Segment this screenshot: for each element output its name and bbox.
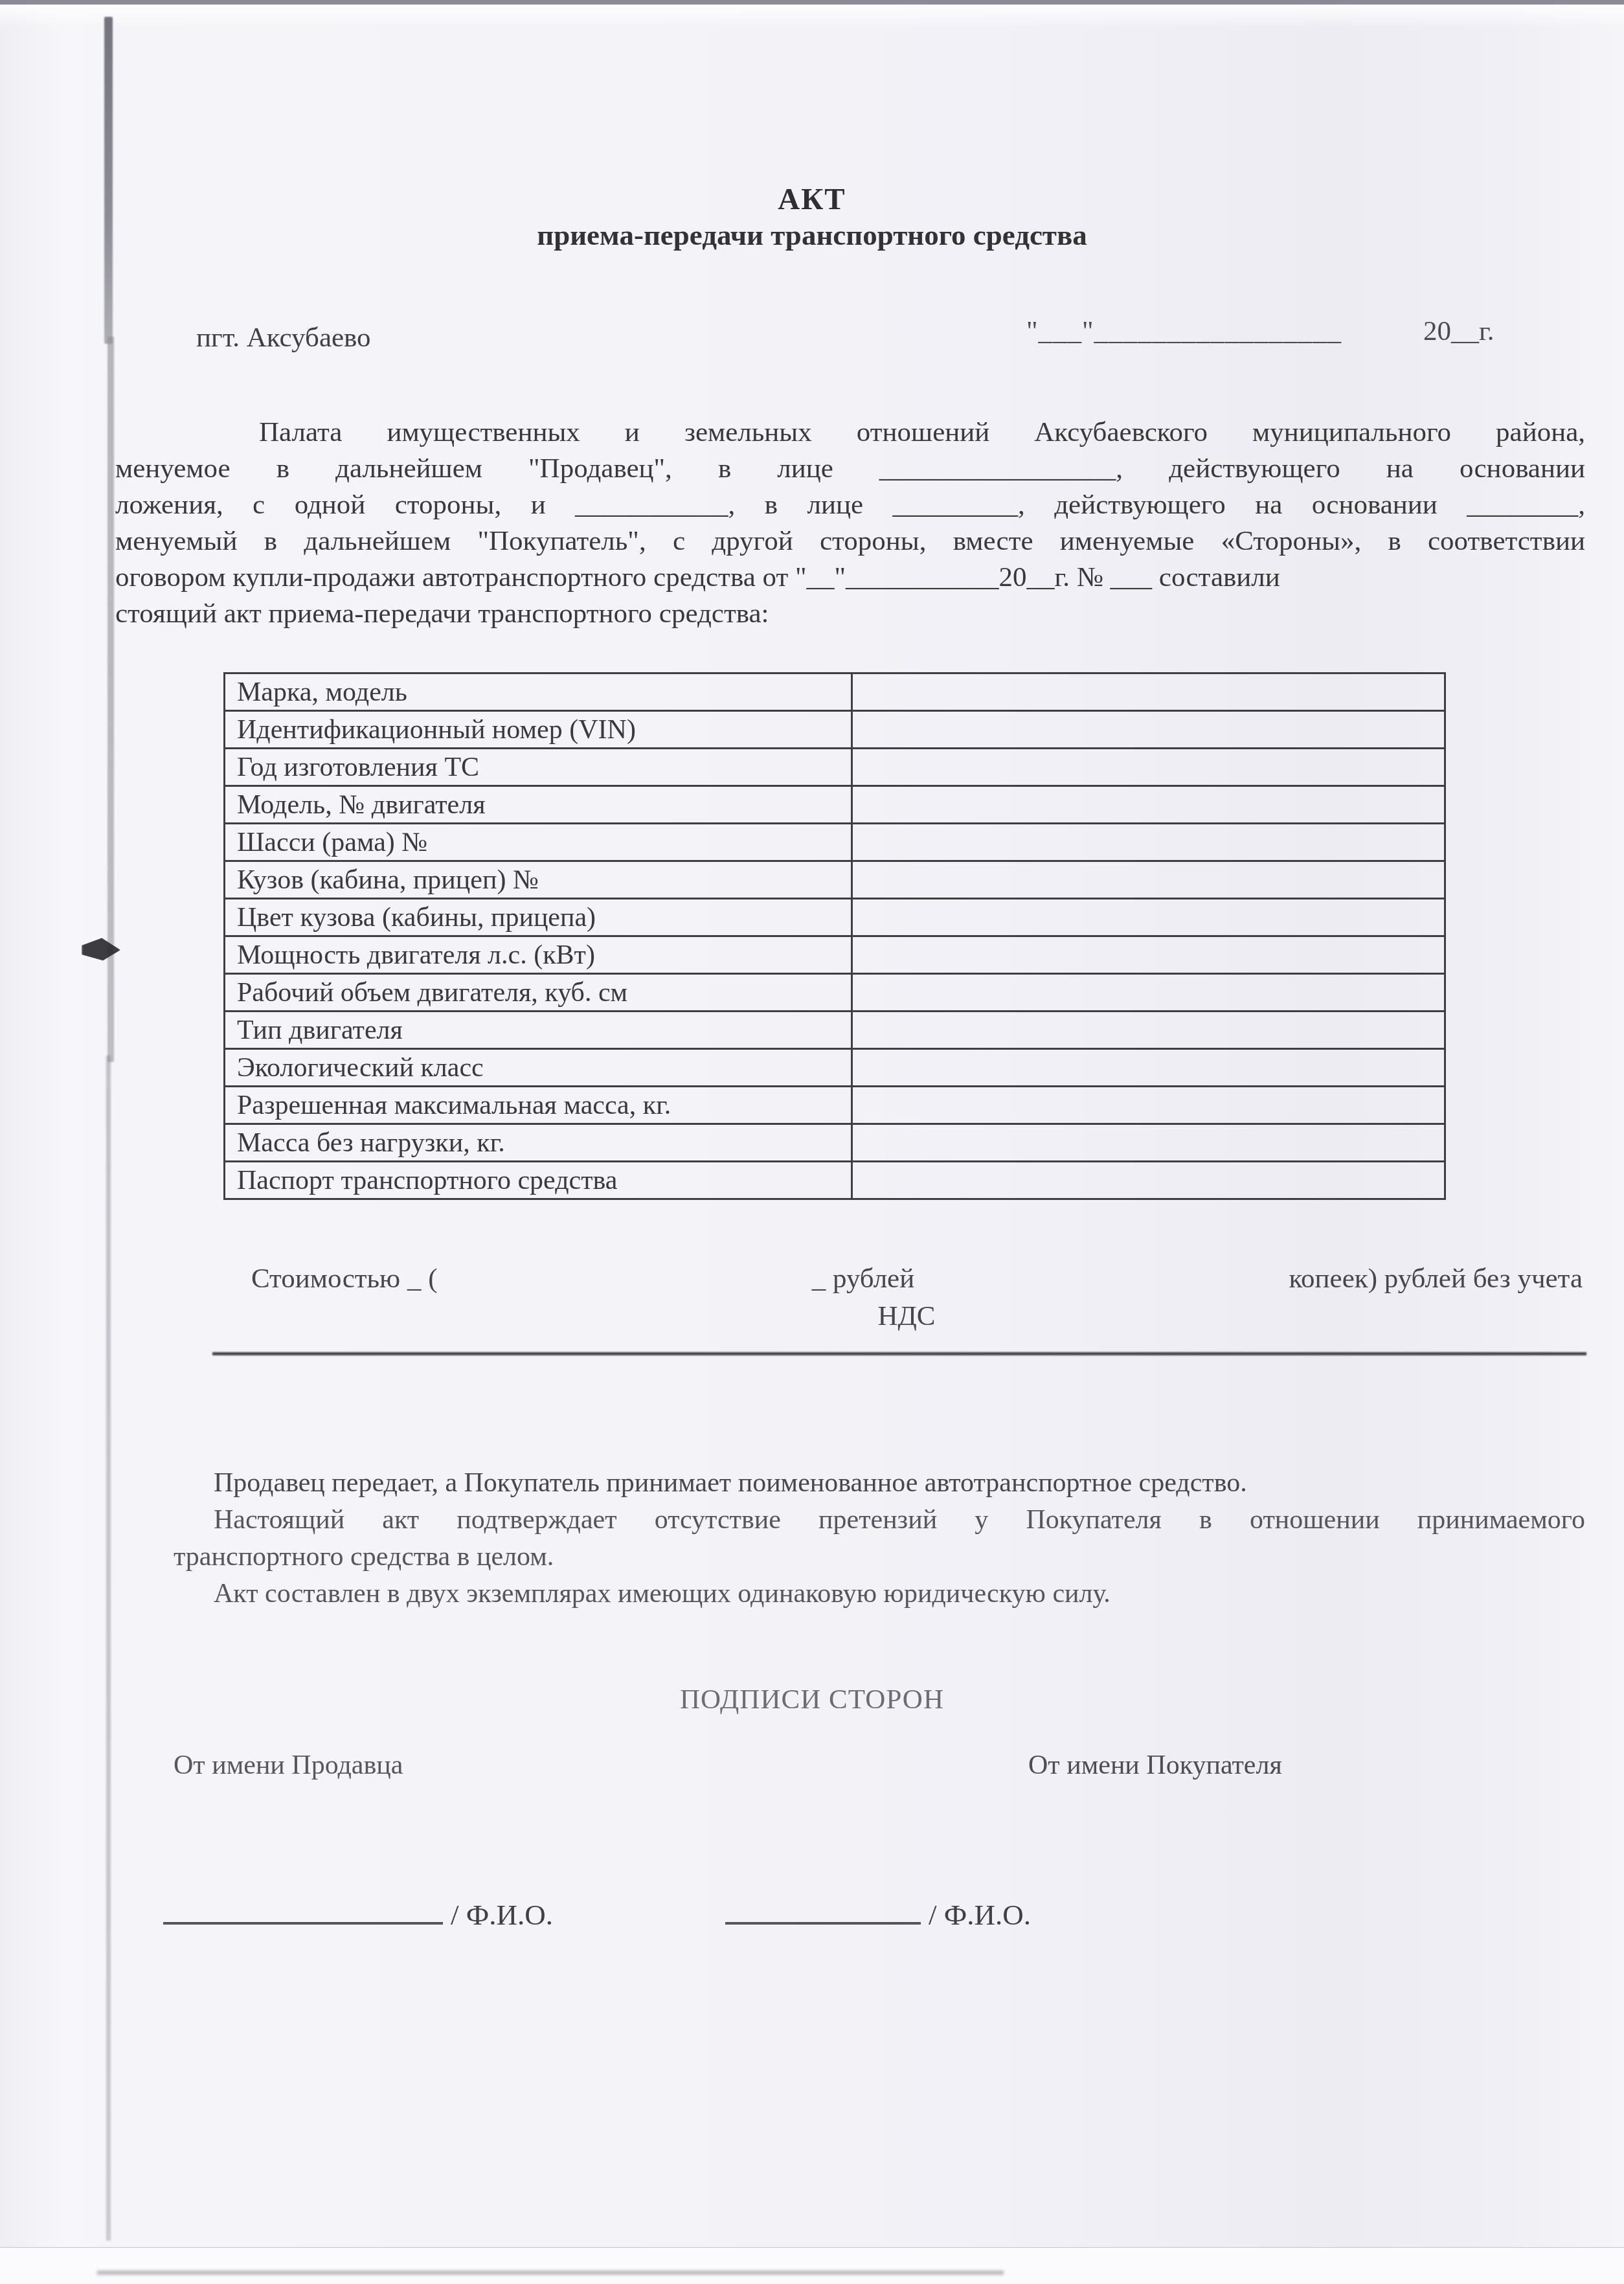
table-row: Марка, модель <box>225 673 1445 711</box>
scanned-document-page: АКТ приема-передачи транспортного средст… <box>0 0 1624 2284</box>
year-blank-field: 20__г. <box>1423 315 1494 347</box>
cost-underline-rule <box>212 1352 1586 1355</box>
row-label: Масса без нагрузки, кг. <box>225 1124 852 1162</box>
seller-signature-row: / Ф.И.О. <box>163 1888 553 1932</box>
page-fold-line-top <box>104 17 113 344</box>
date-blank-field: "___"_________________ <box>1026 315 1342 347</box>
row-label: Идентификационный номер (VIN) <box>225 711 852 749</box>
table-row: Идентификационный номер (VIN) <box>225 711 1445 749</box>
table-row: Разрешенная максимальная масса, кг. <box>225 1087 1445 1124</box>
row-value-empty <box>851 974 1445 1012</box>
scanner-bottom-smudge <box>97 2270 1004 2275</box>
row-label: Мощность двигателя л.с. (кВт) <box>225 936 852 974</box>
row-label: Экологический класс <box>225 1049 852 1087</box>
intro-line-5: оговором купли-продажи автотранспортного… <box>115 560 1585 596</box>
row-value-empty <box>851 1124 1445 1162</box>
table-row: Шасси (рама) № <box>225 824 1445 861</box>
closing-line-1: Продавец передает, а Покупатель принимае… <box>174 1465 1585 1502</box>
scanner-bottom-strip <box>0 2247 1624 2284</box>
nds-label: НДС <box>848 1300 965 1332</box>
row-label: Модель, № двигателя <box>225 786 852 824</box>
row-label: Кузов (кабина, прицеп) № <box>225 861 852 899</box>
seller-signature-line <box>163 1888 443 1925</box>
intro-line-3: ложения, с одной стороны, и ___________,… <box>115 487 1585 523</box>
intro-paragraph: Палата имущественных и земельных отношен… <box>115 414 1585 632</box>
cost-part-1: Стоимостью _ ( <box>251 1263 438 1295</box>
seller-party-label: От имени Продавца <box>174 1750 403 1781</box>
table-row: Год изготовления ТС <box>225 749 1445 786</box>
closing-paragraphs: Продавец передает, а Покупатель принимае… <box>174 1465 1585 1612</box>
cost-part-3: копеек) рублей без учета <box>1289 1263 1583 1295</box>
table-row: Масса без нагрузки, кг. <box>225 1124 1445 1162</box>
seller-fio-label: / Ф.И.О. <box>451 1898 553 1932</box>
row-label: Год изготовления ТС <box>225 749 852 786</box>
row-value-empty <box>851 1049 1445 1087</box>
row-label: Рабочий объем двигателя, куб. см <box>225 974 852 1012</box>
closing-line-3: транспортного средства в целом. <box>174 1539 1585 1576</box>
row-value-empty <box>851 749 1445 786</box>
row-label: Разрешенная максимальная масса, кг. <box>225 1087 852 1124</box>
intro-line-6: стоящий акт приема-передачи транспортног… <box>115 596 1585 632</box>
document-subtitle: приема-передачи транспортного средства <box>0 218 1624 252</box>
table-row: Модель, № двигателя <box>225 786 1445 824</box>
table-row: Рабочий объем двигателя, куб. см <box>225 974 1445 1012</box>
row-value-empty <box>851 786 1445 824</box>
cost-part-2: _ рублей <box>812 1263 914 1295</box>
row-label: Цвет кузова (кабины, прицепа) <box>225 899 852 936</box>
closing-line-4: Акт составлен в двух экземплярах имеющих… <box>174 1576 1585 1612</box>
row-value-empty <box>851 824 1445 861</box>
cost-line: Стоимостью _ ( _ рублей копеек) рублей б… <box>251 1263 1583 1295</box>
table-row: Цвет кузова (кабины, прицепа) <box>225 899 1445 936</box>
table-row: Экологический класс <box>225 1049 1445 1087</box>
signatures-heading: ПОДПИСИ СТОРОН <box>0 1684 1624 1715</box>
intro-line-2: менуемое в дальнейшем "Продавец", в лице… <box>115 451 1585 487</box>
table-row: Кузов (кабина, прицеп) № <box>225 861 1445 899</box>
row-value-empty <box>851 899 1445 936</box>
document-title: АКТ <box>0 182 1624 217</box>
place-label: пгт. Аксубаево <box>196 322 371 354</box>
row-label: Паспорт транспортного средства <box>225 1162 852 1199</box>
buyer-signature-row: / Ф.И.О. <box>725 1888 1031 1932</box>
table-row: Тип двигателя <box>225 1012 1445 1049</box>
buyer-fio-label: / Ф.И.О. <box>929 1898 1031 1932</box>
ink-smudge-mark <box>82 931 120 969</box>
scanner-top-glare <box>0 5 1624 28</box>
row-value-empty <box>851 861 1445 899</box>
intro-line-4: менуемый в дальнейшем "Покупатель", с др… <box>115 523 1585 560</box>
intro-line-1: Палата имущественных и земельных отношен… <box>115 414 1585 451</box>
buyer-party-label: От имени Покупателя <box>1028 1750 1282 1781</box>
row-value-empty <box>851 711 1445 749</box>
row-value-empty <box>851 673 1445 711</box>
row-label: Шасси (рама) № <box>225 824 852 861</box>
table-row: Паспорт транспортного средства <box>225 1162 1445 1199</box>
vehicle-details-table: Марка, модель Идентификационный номер (V… <box>223 672 1446 1200</box>
page-fold-line-bottom <box>106 1056 111 2241</box>
row-label: Марка, модель <box>225 673 852 711</box>
scanner-top-edge <box>0 0 1624 5</box>
table-row: Мощность двигателя л.с. (кВт) <box>225 936 1445 974</box>
buyer-signature-line <box>725 1888 921 1925</box>
row-value-empty <box>851 1012 1445 1049</box>
row-value-empty <box>851 1087 1445 1124</box>
closing-line-2: Настоящий акт подтверждает отсутствие пр… <box>174 1502 1585 1539</box>
row-value-empty <box>851 936 1445 974</box>
row-value-empty <box>851 1162 1445 1199</box>
row-label: Тип двигателя <box>225 1012 852 1049</box>
